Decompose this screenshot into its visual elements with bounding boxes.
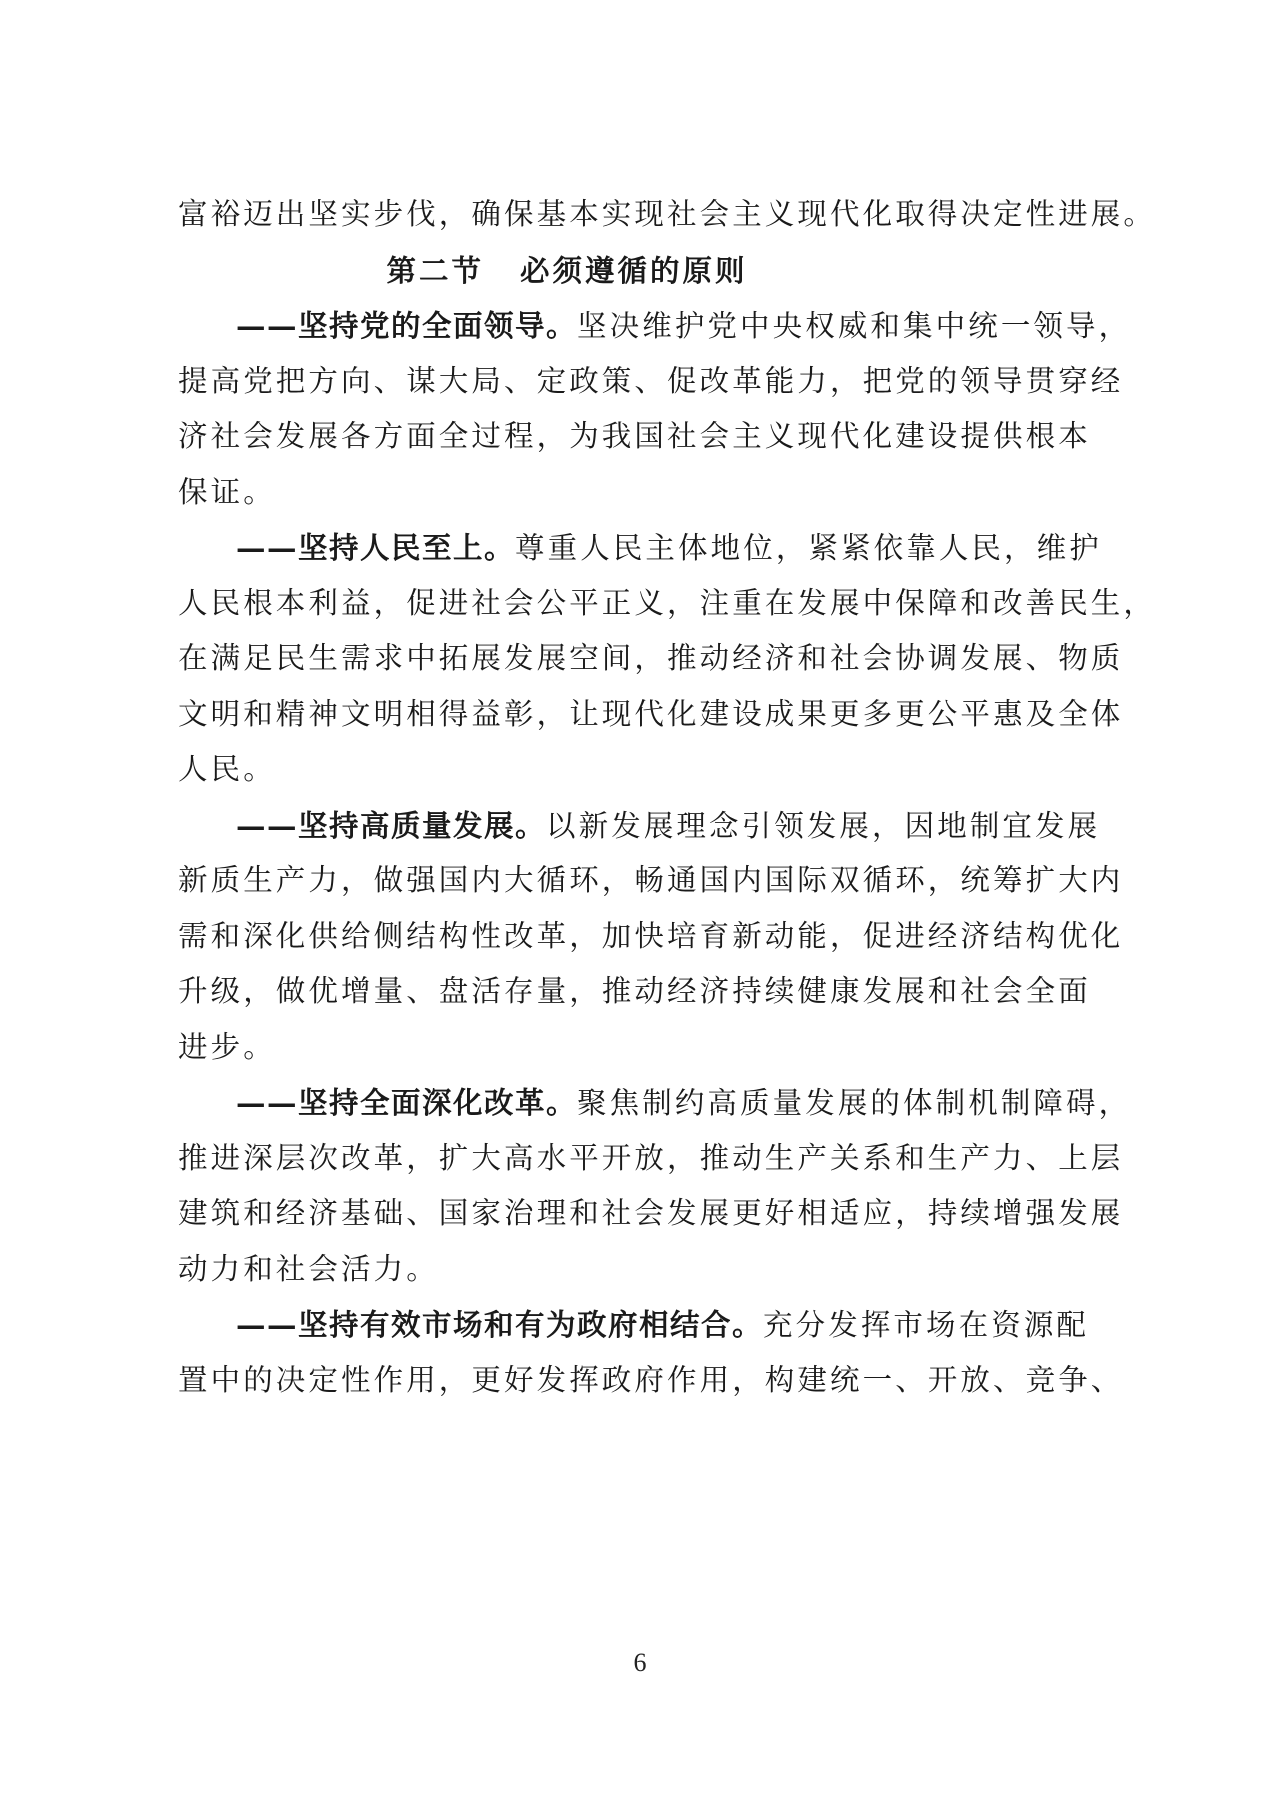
principle-lead: ——坚持高质量发展。 [236,808,546,843]
principle-text: 坚决维护党中央权威和集中统一领导， [577,309,1131,343]
paragraph-line: ——坚持有效市场和有为政府相结合。充分发挥市场在资源配 [178,1297,956,1353]
principle-text: 以新发展理念引领发展，因地制宜发展 [546,809,1100,843]
paragraph-line: 推进深层次改革，扩大高水平开放，推动生产关系和生产力、上层 [178,1131,956,1187]
paragraph-line: 富裕迈出坚实步伐，确保基本实现社会主义现代化取得决定性进展。 [178,187,956,243]
principle-market-and-government: ——坚持有效市场和有为政府相结合。充分发挥市场在资源配 置中的决定性作用，更好发… [178,1297,956,1408]
paragraph-line: 人民。 [178,742,956,798]
section-title: 必须遵循的原则 [520,253,748,288]
paragraph-line: 需和深化供给侧结构性改革，加快培育新动能，促进经济结构优化 [178,909,956,965]
section-heading: 第二节必须遵循的原则 [178,243,956,299]
paragraph-line: ——坚持人民至上。尊重人民主体地位，紧紧依靠人民，维护 [178,520,956,576]
principle-lead: ——坚持党的全面领导。 [236,308,577,343]
principle-text: 聚焦制约高质量发展的体制机制障碍， [577,1086,1131,1120]
principle-deepen-reform: ——坚持全面深化改革。聚焦制约高质量发展的体制机制障碍， 推进深层次改革，扩大高… [178,1075,956,1297]
document-body: 富裕迈出坚实步伐，确保基本实现社会主义现代化取得决定性进展。 第二节必须遵循的原… [178,187,956,1408]
paragraph-line: 在满足民生需求中拓展发展空间，推动经济和社会协调发展、物质 [178,631,956,687]
principle-people-first: ——坚持人民至上。尊重人民主体地位，紧紧依靠人民，维护 人民根本利益，促进社会公… [178,520,956,798]
principle-lead: ——坚持人民至上。 [236,530,515,565]
paragraph-line: 文明和精神文明相得益彰，让现代化建设成果更多更公平惠及全体 [178,687,956,743]
document-page: 富裕迈出坚实步伐，确保基本实现社会主义现代化取得决定性进展。 第二节必须遵循的原… [0,0,1280,1810]
principle-text: 充分发挥市场在资源配 [763,1308,1089,1342]
paragraph-line: 提高党把方向、谋大局、定政策、促改革能力，把党的领导贯穿经 [178,354,956,410]
paragraph-line: 建筑和经济基础、国家治理和社会发展更好相适应，持续增强发展 [178,1186,956,1242]
paragraph-line: ——坚持全面深化改革。聚焦制约高质量发展的体制机制障碍， [178,1075,956,1131]
principle-lead: ——坚持有效市场和有为政府相结合。 [236,1307,763,1342]
paragraph-line: 人民根本利益，促进社会公平正义，注重在发展中保障和改善民生， [178,576,956,632]
page-number: 6 [0,1648,1280,1678]
paragraph-line: ——坚持党的全面领导。坚决维护党中央权威和集中统一领导， [178,298,956,354]
principle-text: 尊重人民主体地位，紧紧依靠人民，维护 [515,531,1102,565]
paragraph-line: 新质生产力，做强国内大循环，畅通国内国际双循环，统筹扩大内 [178,853,956,909]
principle-party-leadership: ——坚持党的全面领导。坚决维护党中央权威和集中统一领导， 提高党把方向、谋大局、… [178,298,956,520]
principle-high-quality-development: ——坚持高质量发展。以新发展理念引领发展，因地制宜发展 新质生产力，做强国内大循… [178,798,956,1076]
paragraph-line: 保证。 [178,465,956,521]
paragraph-line: 动力和社会活力。 [178,1242,956,1298]
paragraph-line: ——坚持高质量发展。以新发展理念引领发展，因地制宜发展 [178,798,956,854]
paragraph-line: 进步。 [178,1020,956,1076]
paragraph-line: 置中的决定性作用，更好发挥政府作用，构建统一、开放、竞争、 [178,1353,956,1409]
paragraph-line: 济社会发展各方面全过程，为我国社会主义现代化建设提供根本 [178,409,956,465]
principle-lead: ——坚持全面深化改革。 [236,1085,577,1120]
paragraph-line: 升级，做优增量、盘活存量，推动经济持续健康发展和社会全面 [178,964,956,1020]
section-number: 第二节 [386,253,484,288]
